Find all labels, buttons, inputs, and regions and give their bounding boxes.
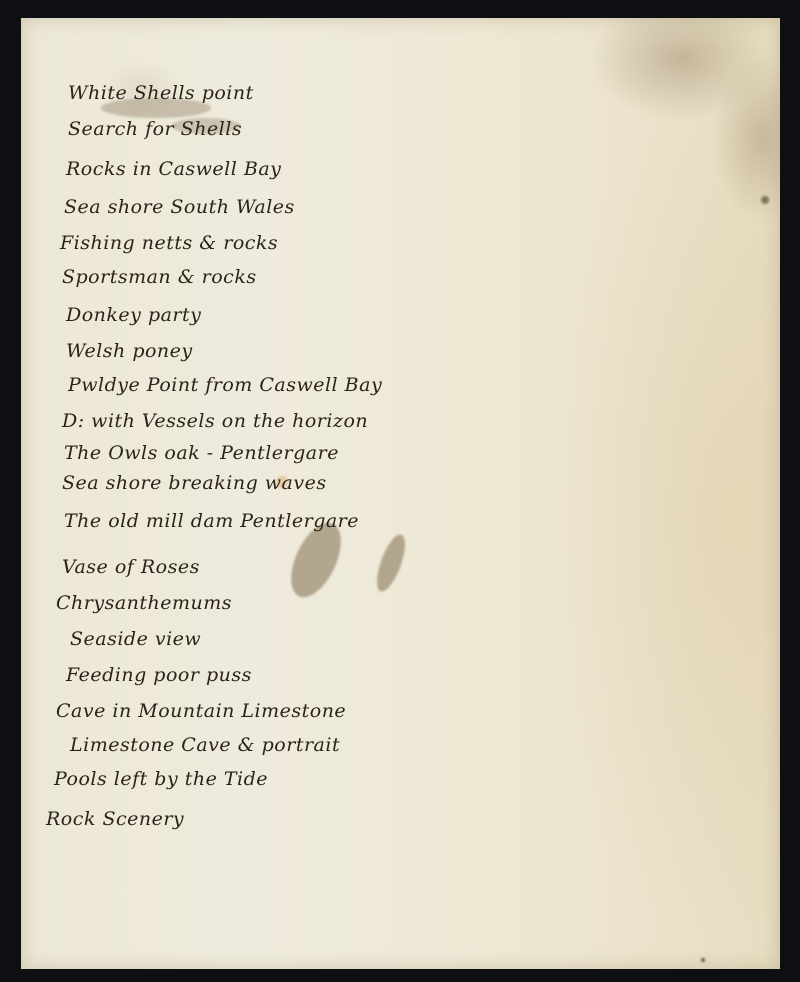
list-item: Rock Scenery	[46, 808, 184, 830]
foxing-spot	[701, 958, 705, 962]
scanned-page: White Shells point Search for Shells Roc…	[0, 0, 800, 982]
list-item: Sea shore South Wales	[64, 196, 295, 218]
list-item: Cave in Mountain Limestone	[56, 700, 346, 722]
foxing-spot	[761, 196, 769, 204]
list-item: Sportsman & rocks	[62, 266, 257, 288]
ink-blot	[371, 531, 410, 594]
list-item: Vase of Roses	[62, 556, 200, 578]
list-item: Donkey party	[66, 304, 201, 326]
list-item: Chrysanthemums	[56, 592, 232, 614]
list-item: Welsh poney	[66, 340, 193, 362]
list-item: Pwldye Point from Caswell Bay	[68, 374, 382, 396]
list-item: Rocks in Caswell Bay	[66, 158, 281, 180]
list-item: Limestone Cave & portrait	[70, 734, 340, 756]
list-item: D: with Vessels on the horizon	[62, 410, 368, 432]
list-item: Sea shore breaking waves	[62, 472, 327, 494]
list-item: Search for Shells	[68, 118, 242, 140]
list-item: Feeding poor puss	[66, 664, 252, 686]
list-item: Pools left by the Tide	[54, 768, 268, 790]
list-item: The Owls oak - Pentlergare	[64, 442, 339, 464]
list-item: Seaside view	[70, 628, 201, 650]
list-item: Fishing netts & rocks	[60, 232, 278, 254]
list-item: The old mill dam Pentlergare	[64, 510, 359, 532]
list-item: White Shells point	[68, 82, 254, 104]
